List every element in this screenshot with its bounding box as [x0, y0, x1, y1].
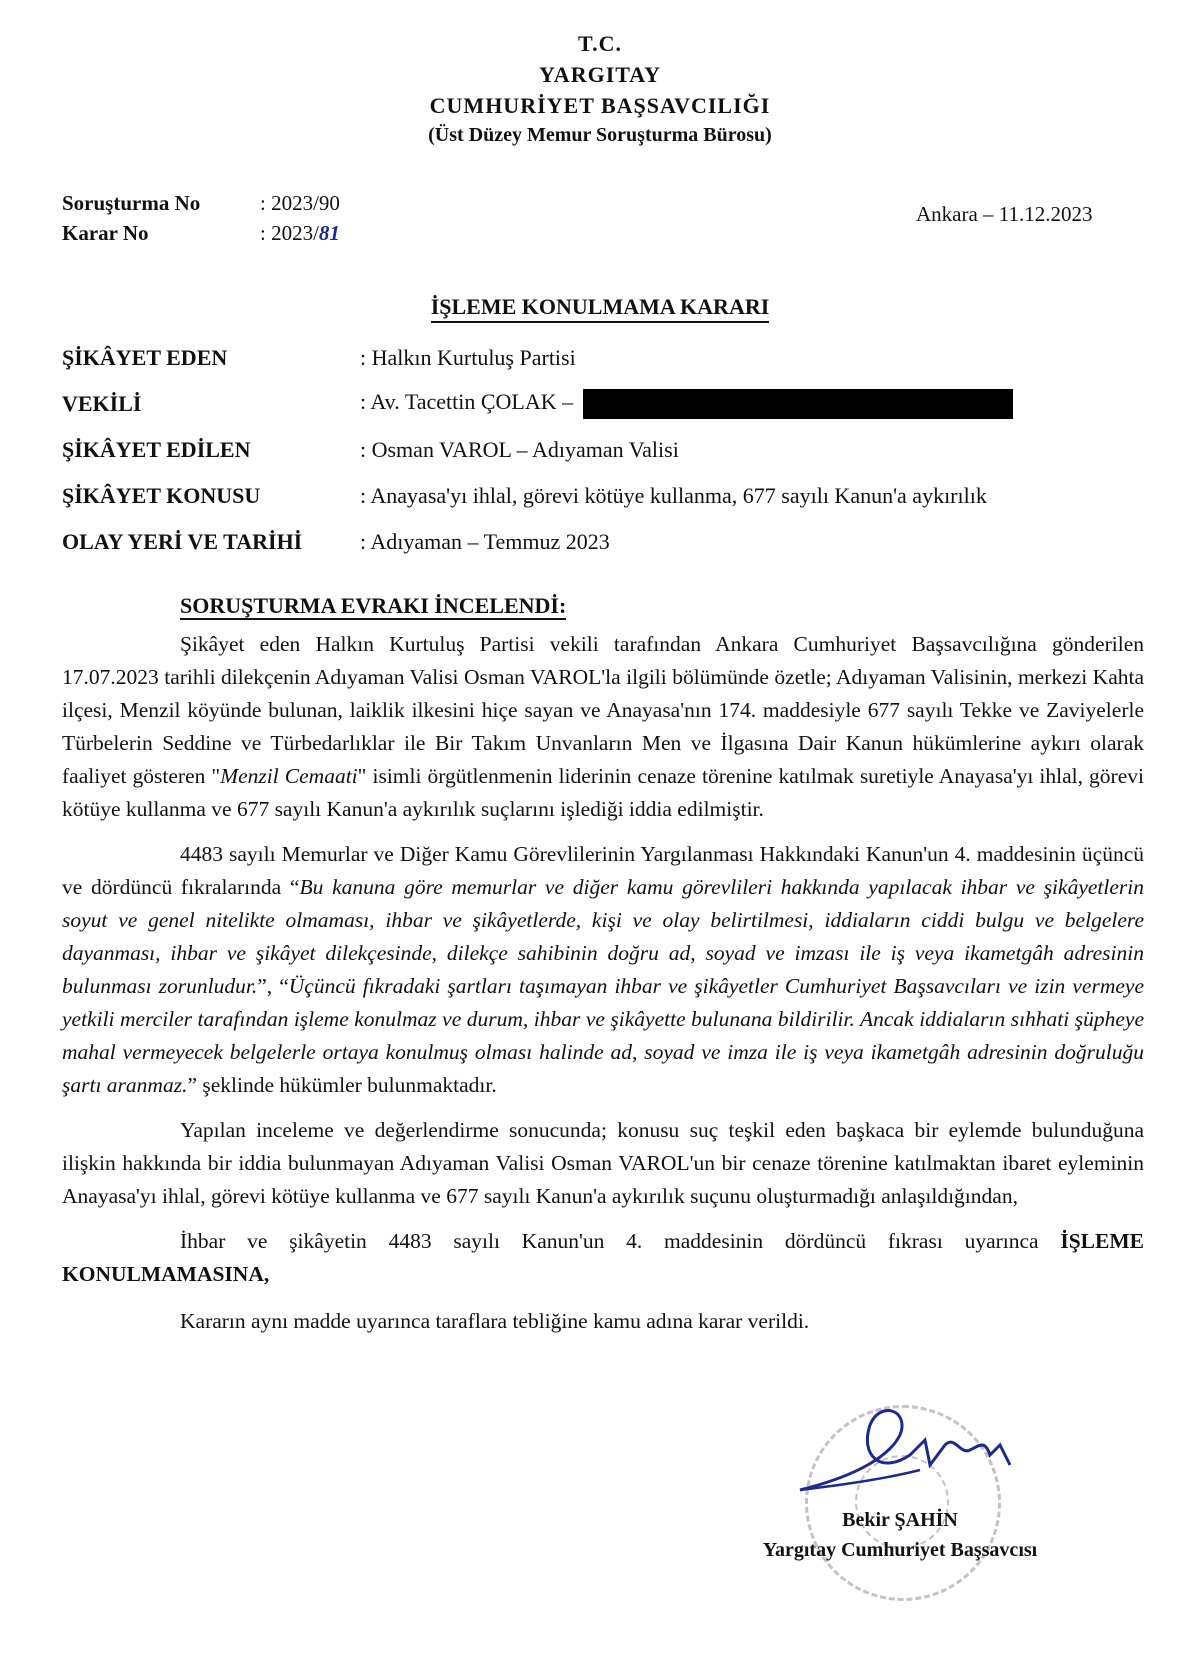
place-date: Ankara – 11.12.2023 — [916, 202, 1093, 227]
parties-table: ŞİKÂYET EDEN : Halkın Kurtuluş Partisi V… — [62, 335, 1013, 565]
paragraph-complaint: Şikâyet eden Halkın Kurtuluş Partisi vek… — [62, 628, 1144, 826]
investigation-number-value: : 2023/90 — [260, 188, 340, 218]
party-value: : Osman VAROL – Adıyaman Valisi — [360, 437, 679, 463]
signature-block: Bekir ŞAHİN Yargıtay Cumhuriyet Başsavcı… — [700, 1505, 1100, 1565]
party-row: ŞİKÂYET EDİLEN : Osman VAROL – Adıyaman … — [62, 427, 1013, 473]
party-label: ŞİKÂYET EDİLEN — [62, 437, 360, 463]
party-row: OLAY YERİ VE TARİHİ : Adıyaman – Temmuz … — [62, 519, 1013, 565]
redaction-bar — [583, 389, 1013, 419]
party-label: VEKİLİ — [62, 391, 360, 417]
decision-number-row: Karar No : 2023/81 — [62, 218, 340, 248]
paragraph-law: 4483 sayılı Memurlar ve Diğer Kamu Görev… — [62, 838, 1144, 1102]
decision-number-handwritten: 81 — [319, 221, 340, 245]
investigation-number-row: Soruşturma No : 2023/90 — [62, 188, 340, 218]
signer-title: Yargıtay Cumhuriyet Başsavcısı — [700, 1535, 1100, 1565]
document-body: Şikâyet eden Halkın Kurtuluş Partisi vek… — [62, 628, 1144, 1350]
header-office: CUMHURİYET BAŞSAVCILIĞI — [0, 90, 1200, 121]
party-row: VEKİLİ : Av. Tacettin ÇOLAK – — [62, 381, 1013, 427]
decision-number-prefix: : 2023/ — [260, 221, 319, 245]
party-value: : Halkın Kurtuluş Partisi — [360, 345, 576, 371]
decision-number-label: Karar No — [62, 218, 260, 248]
paragraph-decision: İhbar ve şikâyetin 4483 sayılı Kanun'un … — [62, 1225, 1144, 1291]
party-value: : Anayasa'yı ihlal, görevi kötüye kullan… — [360, 483, 987, 509]
party-label: ŞİKÂYET KONUSU — [62, 483, 360, 509]
case-numbers: Soruşturma No : 2023/90 Karar No : 2023/… — [62, 188, 340, 248]
signature-icon — [780, 1395, 1040, 1505]
signer-name: Bekir ŞAHİN — [700, 1505, 1100, 1535]
party-row: ŞİKÂYET KONUSU : Anayasa'yı ihlal, görev… — [62, 473, 1013, 519]
party-label: ŞİKÂYET EDEN — [62, 345, 360, 371]
party-value: : Adıyaman – Temmuz 2023 — [360, 529, 610, 555]
document-header: T.C. YARGITAY CUMHURİYET BAŞSAVCILIĞI (Ü… — [0, 28, 1200, 149]
header-bureau: (Üst Düzey Memur Soruşturma Bürosu) — [0, 121, 1200, 149]
paragraph-evaluation: Yapılan inceleme ve değerlendirme sonucu… — [62, 1114, 1144, 1213]
document-title: İŞLEME KONULMAMA KARARI — [0, 294, 1200, 320]
header-yargitay: YARGITAY — [0, 59, 1200, 90]
section-title: SORUŞTURMA EVRAKI İNCELENDİ: — [180, 593, 566, 619]
header-tc: T.C. — [0, 28, 1200, 59]
party-row: ŞİKÂYET EDEN : Halkın Kurtuluş Partisi — [62, 335, 1013, 381]
paragraph-notification: Kararın aynı madde uyarınca taraflara te… — [62, 1305, 1144, 1338]
decision-number-value: : 2023/81 — [260, 218, 340, 248]
investigation-number-label: Soruşturma No — [62, 188, 260, 218]
party-label: OLAY YERİ VE TARİHİ — [62, 529, 360, 555]
party-value: : Av. Tacettin ÇOLAK – — [360, 389, 1013, 419]
